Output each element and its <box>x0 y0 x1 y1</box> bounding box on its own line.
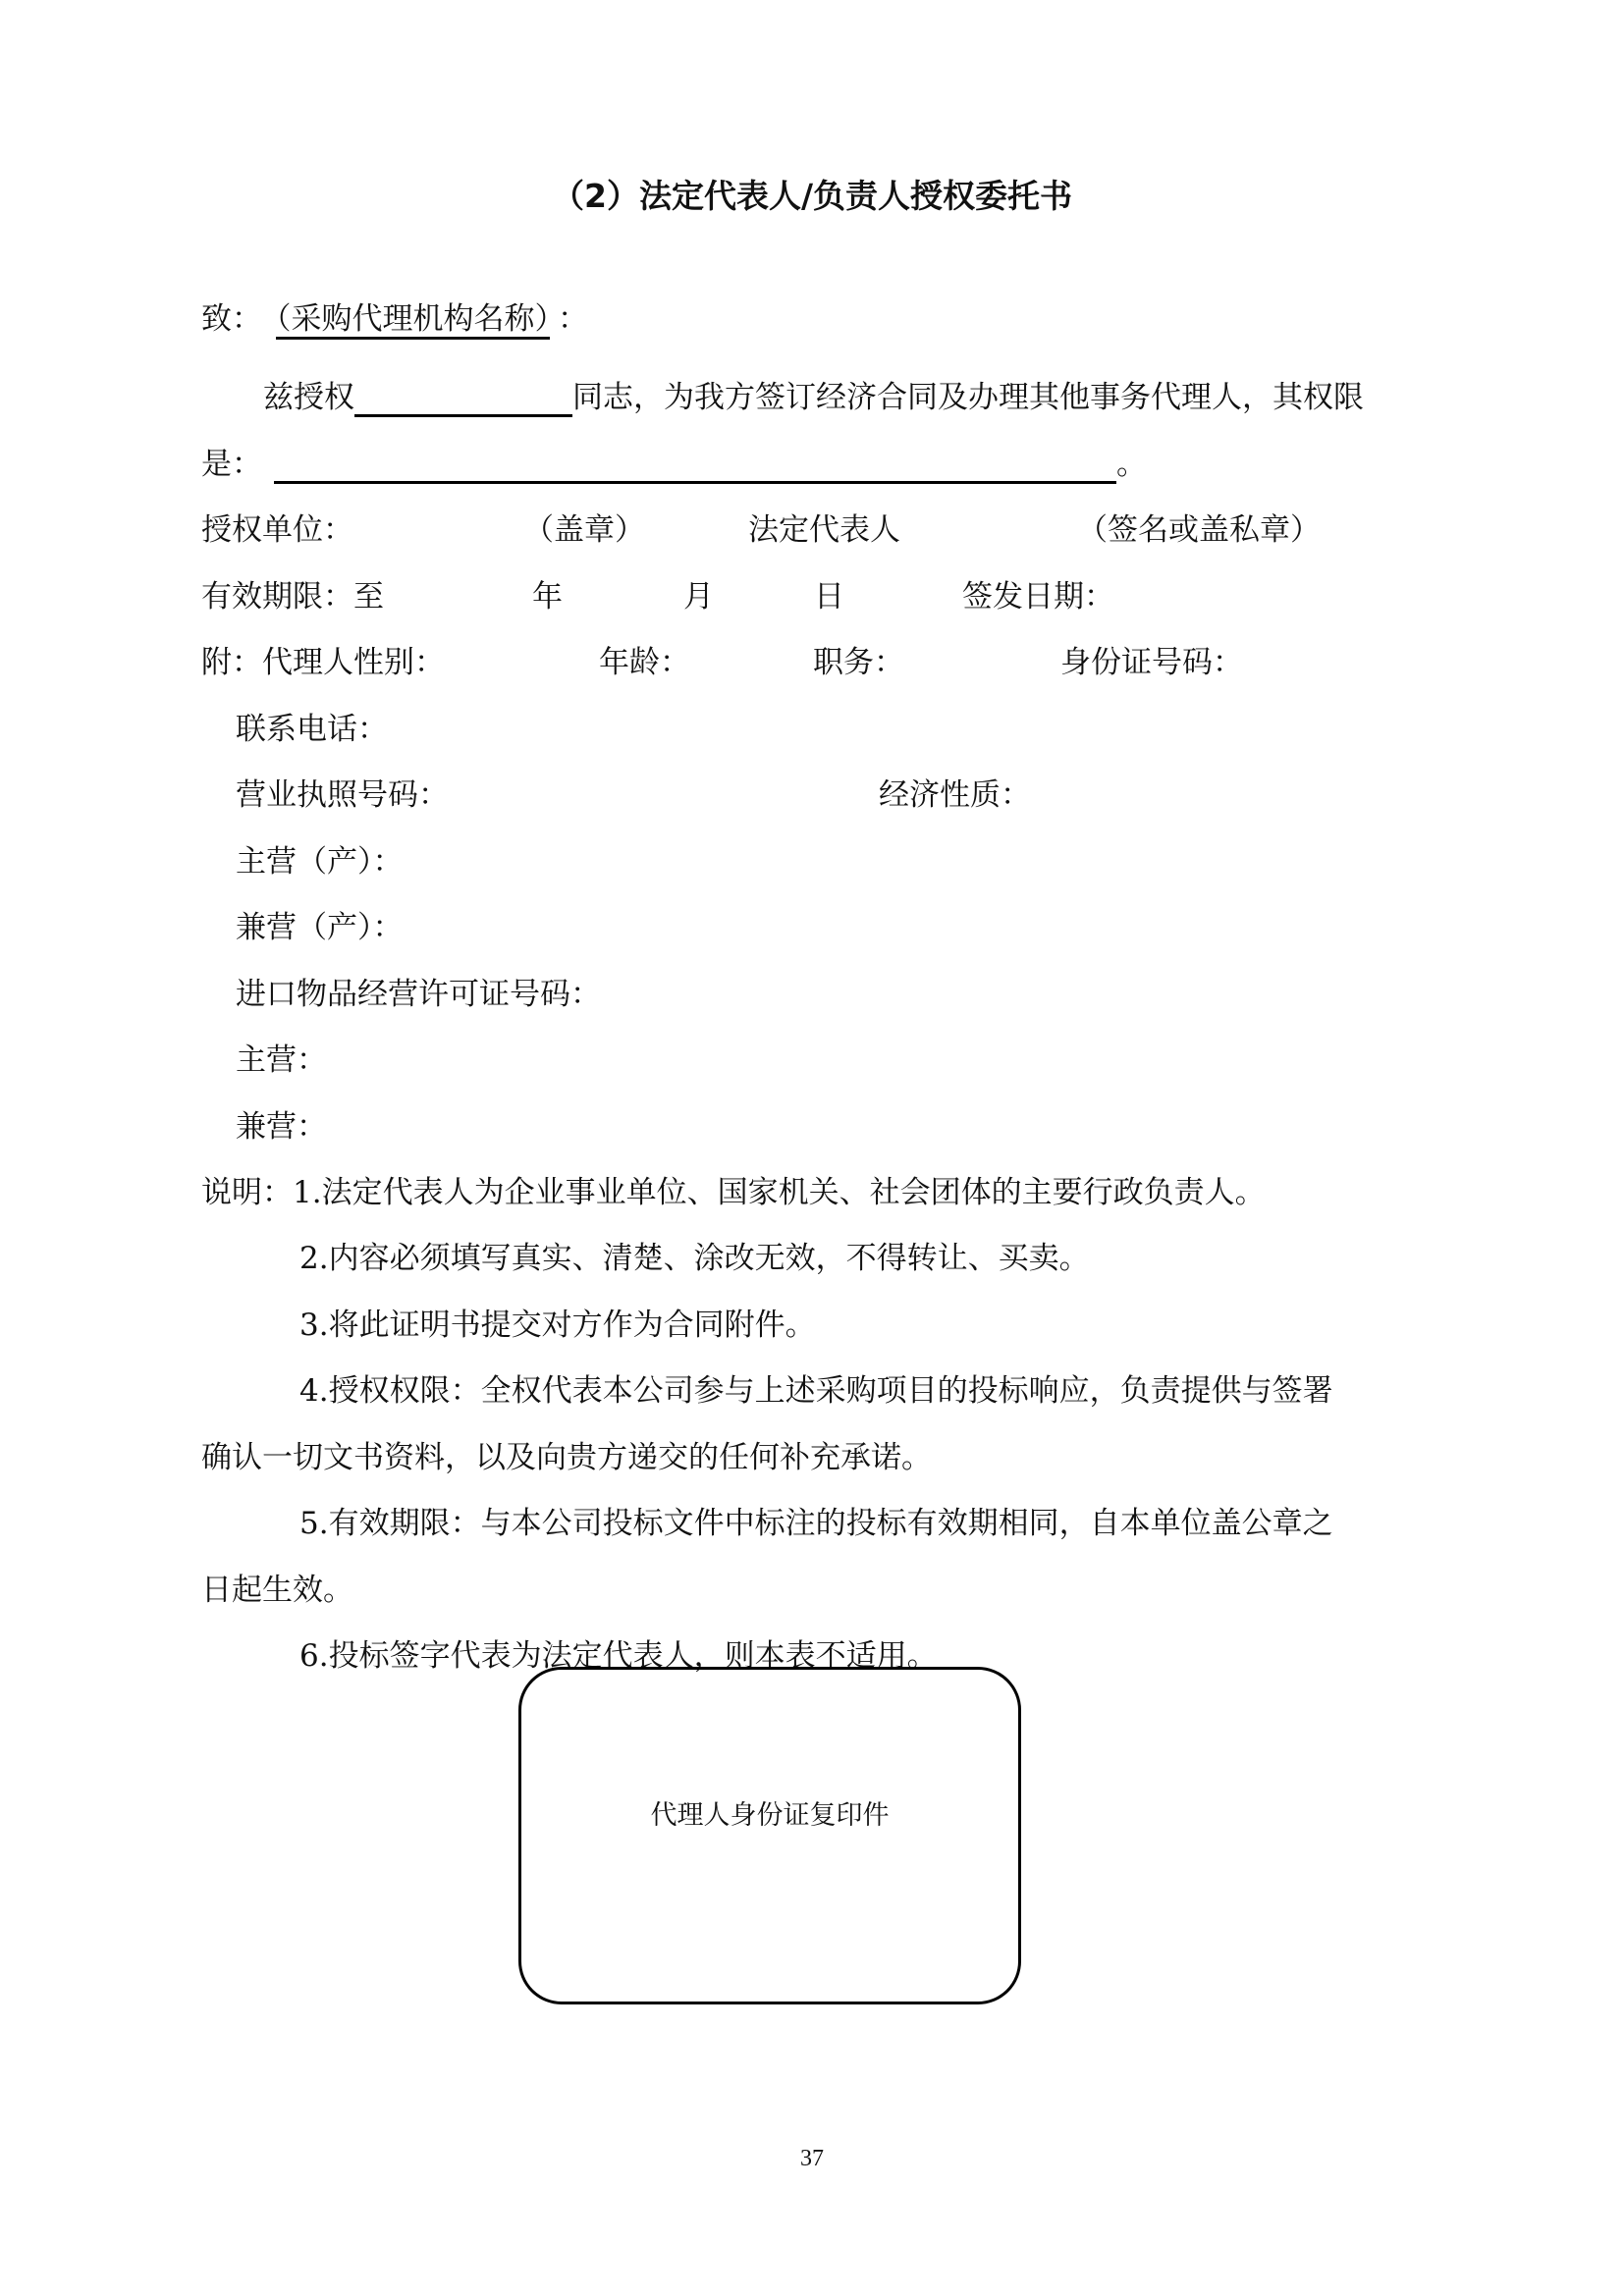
scope-line: 是：。 <box>201 445 1147 484</box>
note-4-cont: 确认一切文书资料，以及向贵方递交的任何补充承诺。 <box>201 1438 932 1477</box>
id-copy-label: 代理人身份证复印件 <box>521 1793 1018 1832</box>
agent-gender-label: 附：代理人性别： <box>201 643 445 682</box>
scope-prefix: 是： <box>201 447 262 482</box>
phone-label: 联系电话： <box>236 710 388 749</box>
addressee-line: 致：（采购代理机构名称）： <box>201 299 588 339</box>
note-1: 说明：1.法定代表人为企业事业单位、国家机关、社会团体的主要行政负责人。 <box>201 1173 1266 1212</box>
authorization-middle: 同志，为我方签订经济合同及办理其他事务代理人，其权限 <box>572 380 1364 415</box>
agent-position-label: 职务： <box>813 643 904 682</box>
unit-label: 授权单位： <box>201 510 353 550</box>
note-text: 1.法定代表人为企业事业单位、国家机关、社会团体的主要行政负责人。 <box>293 1175 1266 1210</box>
import-license-label: 进口物品经营许可证号码： <box>236 975 601 1014</box>
seal-label: （盖章） <box>523 510 645 550</box>
import-side-label: 兼营： <box>236 1107 327 1147</box>
agent-age-label: 年龄： <box>599 643 690 682</box>
page-title: （2）法定代表人/负责人授权委托书 <box>0 175 1624 218</box>
issue-date-label: 签发日期： <box>962 577 1114 616</box>
note-3: 3.将此证明书提交对方作为合同附件。 <box>299 1306 816 1345</box>
main-business-label: 主营（产）： <box>236 842 404 881</box>
note-5-cont: 日起生效。 <box>201 1571 353 1610</box>
license-no-label: 营业执照号码： <box>236 775 449 815</box>
note-5: 5.有效期限：与本公司投标文件中标注的投标有效期相同，自本单位盖公章之 <box>299 1504 1333 1543</box>
agent-name-blank[interactable] <box>354 385 572 417</box>
authorization-line: 兹授权同志，为我方签订经济合同及办理其他事务代理人，其权限 <box>263 378 1364 417</box>
addressee-prefix: 致： <box>201 301 262 337</box>
scope-suffix: 。 <box>1116 447 1147 482</box>
note-2: 2.内容必须填写真实、清楚、涂改无效，不得转让、买卖。 <box>299 1239 1090 1278</box>
validity-month: 月 <box>683 577 714 616</box>
import-main-label: 主营： <box>236 1041 327 1080</box>
page-number: 37 <box>0 2146 1624 2172</box>
validity-year: 年 <box>532 577 563 616</box>
scope-blank[interactable] <box>274 452 1116 484</box>
rep-sign-label: （签名或盖私章） <box>1077 510 1321 550</box>
agent-id-label: 身份证号码： <box>1060 643 1243 682</box>
addressee-name: （采购代理机构名称） <box>276 301 558 337</box>
side-business-label: 兼营（产）： <box>236 908 404 947</box>
rep-label: 法定代表人 <box>748 510 900 550</box>
validity-label: 有效期限：至 <box>201 577 384 616</box>
note-4: 4.授权权限：全权代表本公司参与上述采购项目的投标响应，负责提供与签署 <box>299 1371 1333 1411</box>
authorization-prefix: 兹授权 <box>263 380 354 415</box>
validity-day: 日 <box>814 577 844 616</box>
notes-label: 说明： <box>201 1175 293 1210</box>
addressee-suffix: ： <box>558 301 588 337</box>
id-copy-box: 代理人身份证复印件 <box>518 1667 1021 2004</box>
economic-nature-label: 经济性质： <box>879 775 1031 815</box>
